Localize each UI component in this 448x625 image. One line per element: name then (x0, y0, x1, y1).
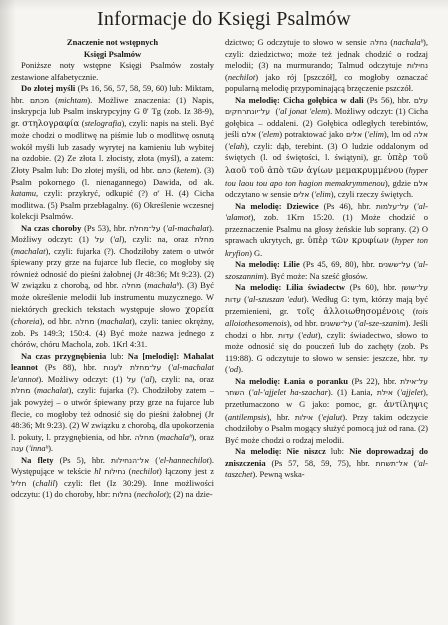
text-run: ), gdzie (385, 178, 414, 188)
text-run: ) potraktować jako (279, 129, 346, 139)
right-column: dzictwo; G odczytuje to słowo w sensie נ… (225, 37, 428, 501)
text-run: 'od (228, 364, 238, 374)
text-run: ), oraz (191, 432, 214, 442)
paragraph: Na melodię: Łania o poranku (Ps 22), hbr… (225, 376, 428, 446)
text-run: Do złotej myśli (21, 83, 75, 93)
text-run: 'al-'ajjelet ha-szachar (252, 387, 328, 397)
text-run: odczytano w sensie (225, 189, 293, 199)
text-columns: Znaczenie not wstępnychKsięgi PsalmówPon… (0, 37, 448, 501)
text-run: 'el-hannechilot (158, 455, 209, 465)
text-run: Na melodię: Cicha gołębica w dali (235, 95, 364, 105)
text-run: ), od hbr. (287, 318, 320, 328)
hebrew-text: אילת (377, 388, 393, 397)
text-run: stelografia (85, 118, 122, 128)
paragraph: Poniższe noty wstępne Księgi Psalmów zos… (11, 60, 214, 83)
hebrew-text: על־מחלת לענות (103, 363, 161, 372)
text-run: ( (149, 455, 158, 465)
text-run: choreia (14, 316, 40, 326)
text-run: ), czyli: na, oraz (121, 234, 194, 244)
text-run: ) łączony jest z (159, 466, 214, 476)
document-page: Informacje do Księgi Psalmów Znaczenie n… (0, 0, 448, 625)
text-run: (Ps 56), hbr. (364, 95, 414, 105)
hebrew-text: אילות (295, 413, 313, 422)
text-run: necholot (137, 489, 166, 499)
text-run: Na melodię: Łania o poranku (235, 376, 348, 386)
text-run: Na czas choroby (21, 223, 81, 233)
text-run: machalat (100, 316, 132, 326)
text-run: (Ps 57, 58, 59, 75), hbr. (266, 458, 376, 468)
text-run: machalat (37, 385, 69, 395)
text-run: ( (49, 95, 58, 105)
text-run: Na flety (21, 455, 54, 465)
text-run: dzictwo; G odczytuje to słowo w sensie (225, 37, 370, 47)
text-run: 'ajjelet (400, 387, 423, 397)
text-run: , czyli: przykryć, odkupić (?) σ′ H. (4)… (11, 188, 214, 221)
hebrew-text: אלם (414, 179, 428, 188)
text-run: ). Pewną wska- (252, 469, 304, 479)
text-run: (Ps 88), hbr. (38, 362, 104, 372)
text-run: ), lm od (384, 129, 414, 139)
hebrew-text: נחלות (112, 490, 131, 499)
text-run: ( (393, 387, 400, 397)
paragraph: Na flety (Ps 5), hbr. אל־הנחילות ('el-ha… (11, 455, 214, 501)
text-run: 'al-machalat (166, 223, 209, 233)
text-run: (Ps 5), hbr. (54, 455, 111, 465)
text-run: ), czyli rzeczy świętych. (331, 189, 413, 199)
text-run: ( (405, 306, 416, 316)
text-run: hl (94, 466, 101, 476)
greek-text: τοῖς ἀλλοιωθησομένοις (297, 307, 405, 317)
hebrew-text: אלם (242, 130, 256, 139)
paragraph: Do złotej myśli (Ps 16, 56, 57, 58, 59, … (11, 83, 214, 223)
text-run: Na melodię: Dziewice (235, 201, 319, 211)
section-heading-line: Znaczenie not wstępnych (11, 37, 214, 49)
text-run: michtam (58, 95, 87, 105)
hebrew-text: על־מחלת (129, 224, 160, 233)
text-run: 'elim (367, 129, 383, 139)
hebrew-text: נחילות (104, 467, 125, 476)
text-run: machalaʰ (147, 280, 179, 290)
text-run: ( (408, 458, 417, 468)
greek-text: ἀντίληψις (384, 400, 428, 410)
text-run: Na melodię: Nie niszcz (235, 446, 326, 456)
text-run: Na melodię: Lilie (235, 259, 300, 269)
hebrew-text: על־ששנים (378, 260, 410, 269)
text-run: (Ps 60), hbr. (345, 282, 401, 292)
text-run: ). Być może: Na sześć głosów. (264, 271, 368, 281)
text-run: nechilot (132, 466, 159, 476)
hebrew-text: על (127, 375, 136, 384)
text-run: ), czyli: na, oraz (152, 374, 214, 384)
hebrew-text: כתם (157, 166, 171, 175)
hebrew-text: על־ששנים (320, 319, 352, 328)
hebrew-text: מחלה (135, 433, 154, 442)
text-run: ). (1) Łania, (328, 387, 377, 397)
hebrew-text: על (95, 235, 104, 244)
hebrew-text: אלה (414, 130, 428, 139)
hebrew-text: אל־הנחילות (111, 456, 149, 465)
page-title: Informacje do Księgi Psalmów (0, 0, 448, 37)
hebrew-text: חליל (11, 479, 26, 488)
hebrew-text: נחילות (407, 61, 428, 70)
text-run: ) jako rój [pszczół], co mogłoby oznacza… (225, 72, 428, 94)
text-run: nachalaʰ (393, 37, 423, 47)
greek-text: χορεία (185, 305, 214, 315)
hebrew-text: על־יונת (246, 107, 272, 116)
text-run: machalat (14, 246, 46, 256)
text-run: 'al jonat 'elem (278, 106, 327, 116)
text-run: ). (238, 364, 243, 374)
text-run: 'elem (261, 129, 279, 139)
text-run: ), hbr. (267, 412, 295, 422)
text-run: ) G. (249, 248, 262, 258)
text-run: 'al (143, 374, 151, 384)
text-run: ( (104, 234, 113, 244)
hebrew-text: אל־תשחת (376, 459, 408, 468)
text-run: (Ps 22), hbr. (348, 376, 400, 386)
text-run: ), od hbr. (40, 316, 75, 326)
paragraph: Na melodię: Nie niszcz lub: Nie doprowad… (225, 446, 428, 481)
text-run: Na melodię: Lilia świadectw (235, 282, 345, 292)
text-run: machalaʰ (160, 432, 192, 442)
text-run: (Ps 45, 69, 80), hbr. (300, 259, 379, 269)
text-run: ketem (177, 165, 197, 175)
text-run: 'edut (301, 330, 317, 340)
text-run: 'elah (228, 141, 244, 151)
text-run: chalil (35, 478, 54, 488)
paragraph: dzictwo; G odczytuje to słowo w sensie נ… (225, 37, 428, 95)
text-run: (Ps 46), hbr. (319, 201, 376, 211)
paragraph: Na melodię: Lilia świadectw (Ps 60), hbr… (225, 282, 428, 375)
text-run: Poniższe noty wstępne Księgi Psalmów zos… (11, 60, 214, 82)
left-column: Znaczenie not wstępnychKsięgi PsalmówPon… (11, 37, 214, 501)
text-run: 'al-szuszan 'edut (247, 294, 304, 304)
hebrew-text: מחלת (195, 235, 214, 244)
text-run: ). (48, 443, 53, 453)
section-heading: Znaczenie not wstępnychKsięgi Psalmów (11, 37, 214, 60)
text-run: lub: (106, 351, 128, 361)
text-run: (Ps 53), hbr. (81, 223, 129, 233)
text-run: 'ejalut (321, 412, 342, 422)
text-run: nechilot (228, 72, 255, 82)
text-run: katamu (11, 188, 36, 198)
paragraph: Na czas choroby (Ps 53), hbr. על־מחלת ('… (11, 223, 214, 351)
text-run: ( (409, 201, 417, 211)
hebrew-text: אלים (293, 190, 309, 199)
hebrew-text: עד (419, 354, 428, 363)
paragraph: Na melodię: Dziewice (Ps 46), hbr. על־על… (225, 201, 428, 260)
text-run: 'innaʰ (29, 443, 48, 453)
hebrew-text: על־עלמות (376, 202, 409, 211)
text-run: ); (2) na dzie- (166, 489, 213, 499)
paragraph: Na melodię: Cicha gołębica w dali (Ps 56… (225, 95, 428, 201)
text-run: 'al-sze-szanim (358, 318, 406, 328)
hebrew-text: מחלה (122, 281, 141, 290)
greek-text: ὑπὲρ τῶν κρυφίων (307, 236, 388, 246)
hebrew-text: ענה (11, 444, 24, 453)
text-run: lub: (326, 446, 349, 456)
text-run: ( (161, 362, 171, 372)
text-run: antilempsis (228, 412, 267, 422)
greek-text: στηλογραφία (22, 119, 79, 129)
text-run: ). Możliwy odczyt: (1) (38, 374, 127, 384)
paragraph: Na czas przygnębienia lub: Na [melodię]:… (11, 351, 214, 455)
text-run: Na czas przygnębienia (21, 351, 106, 361)
section-heading-line: Księgi Psalmów (11, 49, 214, 61)
text-run: ( (313, 412, 321, 422)
text-run: ( (245, 387, 252, 397)
hebrew-text: מחלה (75, 317, 94, 326)
hebrew-text: מחלת (11, 386, 30, 395)
hebrew-text: מכתם (30, 96, 49, 105)
hebrew-text: עדות (278, 331, 294, 340)
text-run: 'elim (314, 189, 330, 199)
paragraph: Na melodię: Lilie (Ps 45, 69, 80), hbr. … (225, 259, 428, 282)
hebrew-text: אלים (346, 130, 362, 139)
hebrew-text: נחלה (370, 38, 387, 47)
